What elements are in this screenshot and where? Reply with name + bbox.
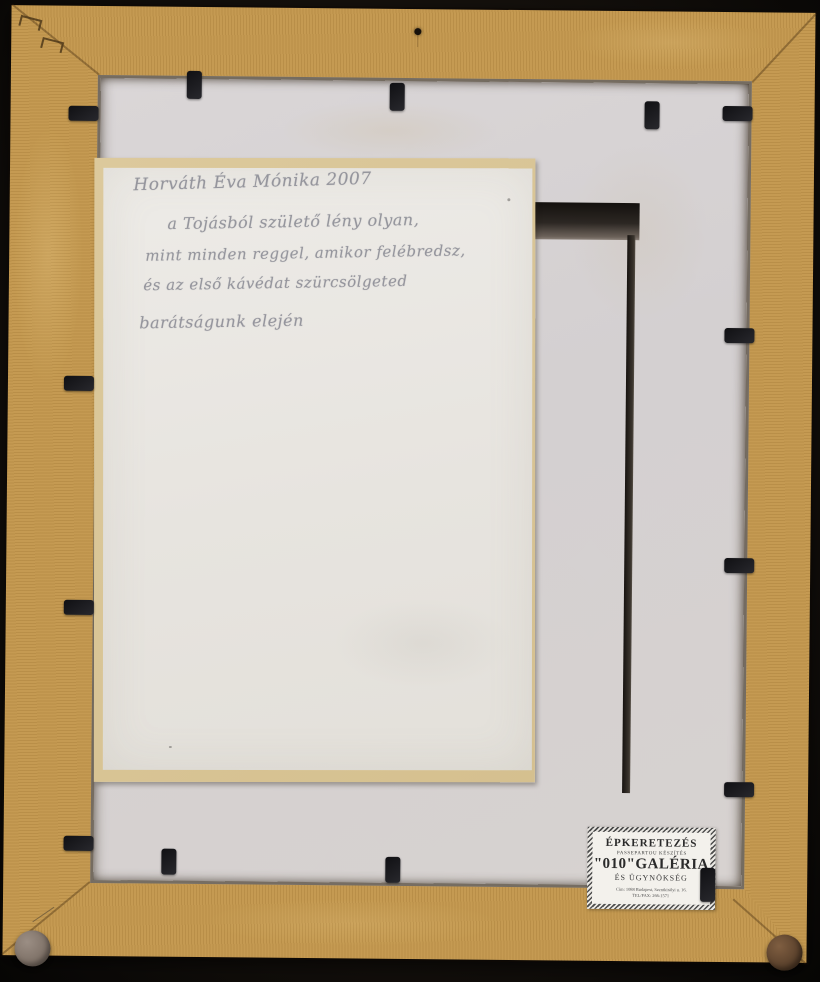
inscription-paper: Horváth Éva Mónika 2007 a Tojásból szüle… <box>94 158 536 782</box>
gallery-label: ÉPKERETEZÉS PASSEPARTOU KÉSZÍTÉS "010"GA… <box>587 827 716 910</box>
framing-clip <box>700 868 715 902</box>
framing-clip <box>390 83 405 111</box>
framing-clip <box>63 836 93 851</box>
label-address: Cím: 1088 Budapest, Szentkirályi u. 16. <box>616 888 687 892</box>
label-phone: TEL/FAX: 266-1571 <box>633 894 670 898</box>
framing-clip <box>644 101 659 129</box>
photo-background: Horváth Éva Mónika 2007 a Tojásból szüle… <box>0 0 820 982</box>
speck <box>507 198 510 201</box>
handwriting-line-4: és az első kávédat szürcsölgeted <box>143 272 407 294</box>
framing-clip <box>161 849 176 875</box>
framing-clip <box>724 782 754 797</box>
framing-clip <box>724 328 754 343</box>
paper-sheet: Horváth Éva Mónika 2007 a Tojásból szüle… <box>103 168 533 770</box>
felt-bumper-right <box>766 934 802 970</box>
framing-clip <box>722 106 752 121</box>
felt-bumper-left <box>14 930 50 966</box>
nail-hole <box>414 28 421 35</box>
handwriting-line-5: barátságunk elején <box>139 311 304 333</box>
handwriting-line-1: Horváth Éva Mónika 2007 <box>133 169 372 195</box>
label-gallery-suffix: ÉS ÜGYNÖKSÉG <box>615 874 688 883</box>
label-subheading: PASSEPARTOU KÉSZÍTÉS <box>616 851 686 856</box>
framing-clip <box>385 857 400 883</box>
framing-clip <box>187 71 202 99</box>
handwriting-line-2: a Tojásból születő lény olyan, <box>167 210 419 233</box>
smudge <box>333 598 513 688</box>
window-recess-right <box>622 235 635 793</box>
framing-clip <box>64 376 94 391</box>
framing-clip <box>64 600 94 615</box>
label-gallery-name: "010"GALÉRIA <box>594 857 709 874</box>
framing-clip <box>724 558 754 573</box>
picture-frame: Horváth Éva Mónika 2007 a Tojásból szüle… <box>2 5 815 963</box>
label-heading: ÉPKERETEZÉS <box>606 838 698 850</box>
handwriting-line-3: mint minden reggel, amikor felébredsz, <box>145 241 466 264</box>
speck <box>169 746 172 748</box>
framing-clip <box>68 106 98 121</box>
